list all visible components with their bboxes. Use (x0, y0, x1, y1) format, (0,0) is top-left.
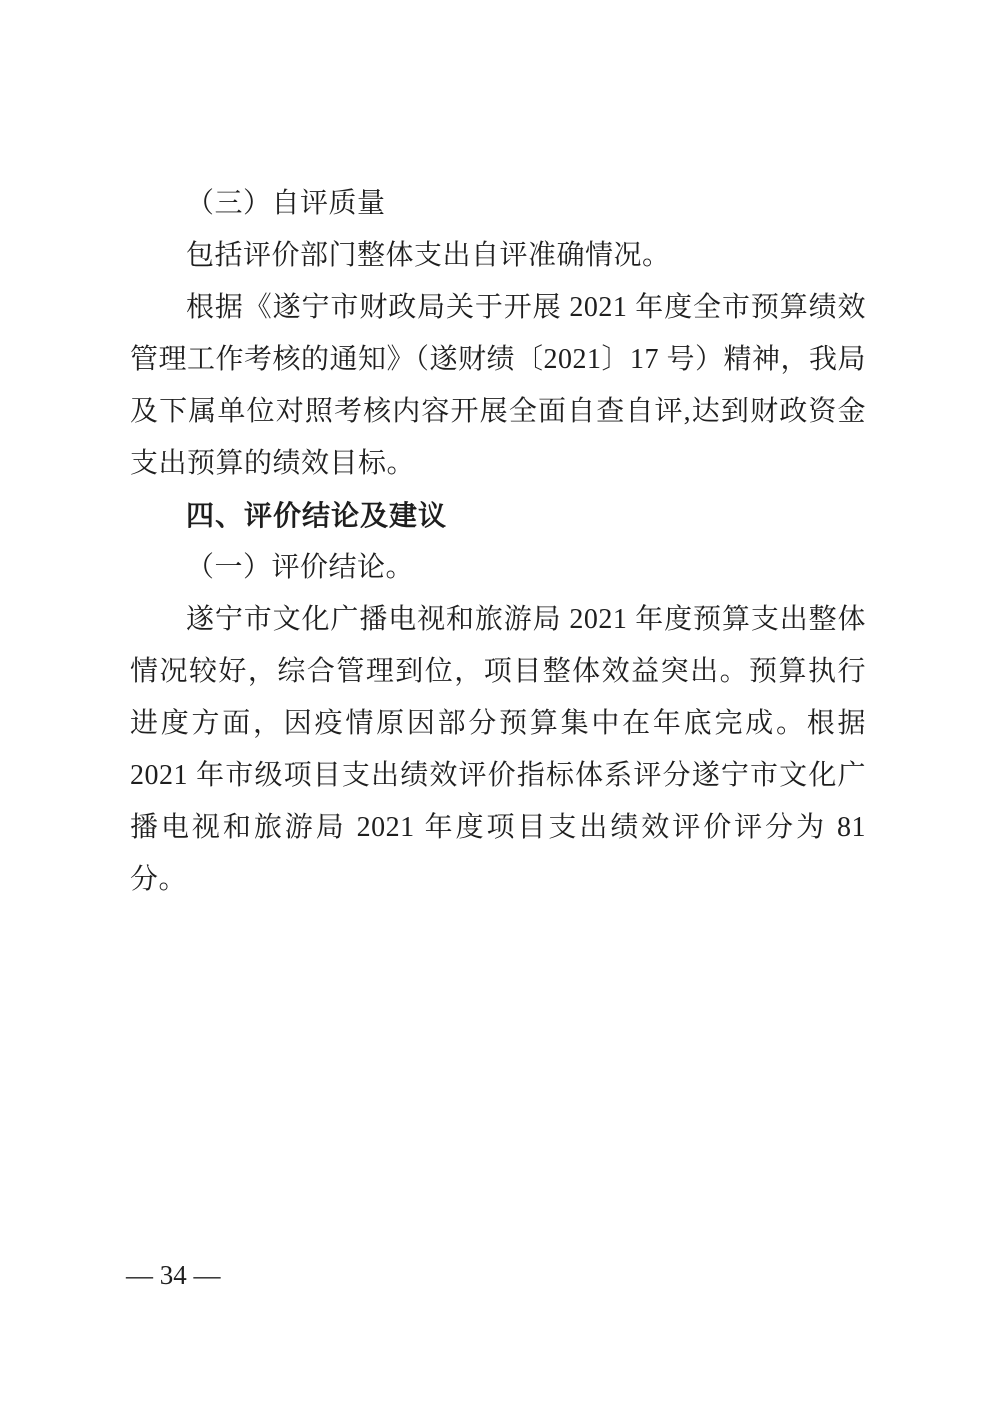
subsection-heading-self-evaluation-quality: （三）自评质量 (130, 178, 866, 230)
subsection-heading-evaluation-conclusion: （一）评价结论。 (130, 542, 866, 594)
paragraph-evaluation-conclusion: 遂宁市文化广播电视和旅游局 2021 年度预算支出整体情况较好，综合管理到位，项… (130, 594, 866, 906)
page-number: — 34 — (126, 1257, 221, 1293)
document-body: （三）自评质量 包括评价部门整体支出自评准确情况。 根据《遂宁市财政局关于开展 … (130, 178, 866, 906)
document-page: （三）自评质量 包括评价部门整体支出自评准确情况。 根据《遂宁市财政局关于开展 … (0, 0, 992, 1403)
section-heading-conclusion-and-suggestions: 四、评价结论及建议 (130, 490, 866, 542)
paragraph-self-evaluation-scope: 包括评价部门整体支出自评准确情况。 (130, 230, 866, 282)
paragraph-evaluation-basis: 根据《遂宁市财政局关于开展 2021 年度全市预算绩效管理工作考核的通知》（遂财… (130, 282, 866, 490)
